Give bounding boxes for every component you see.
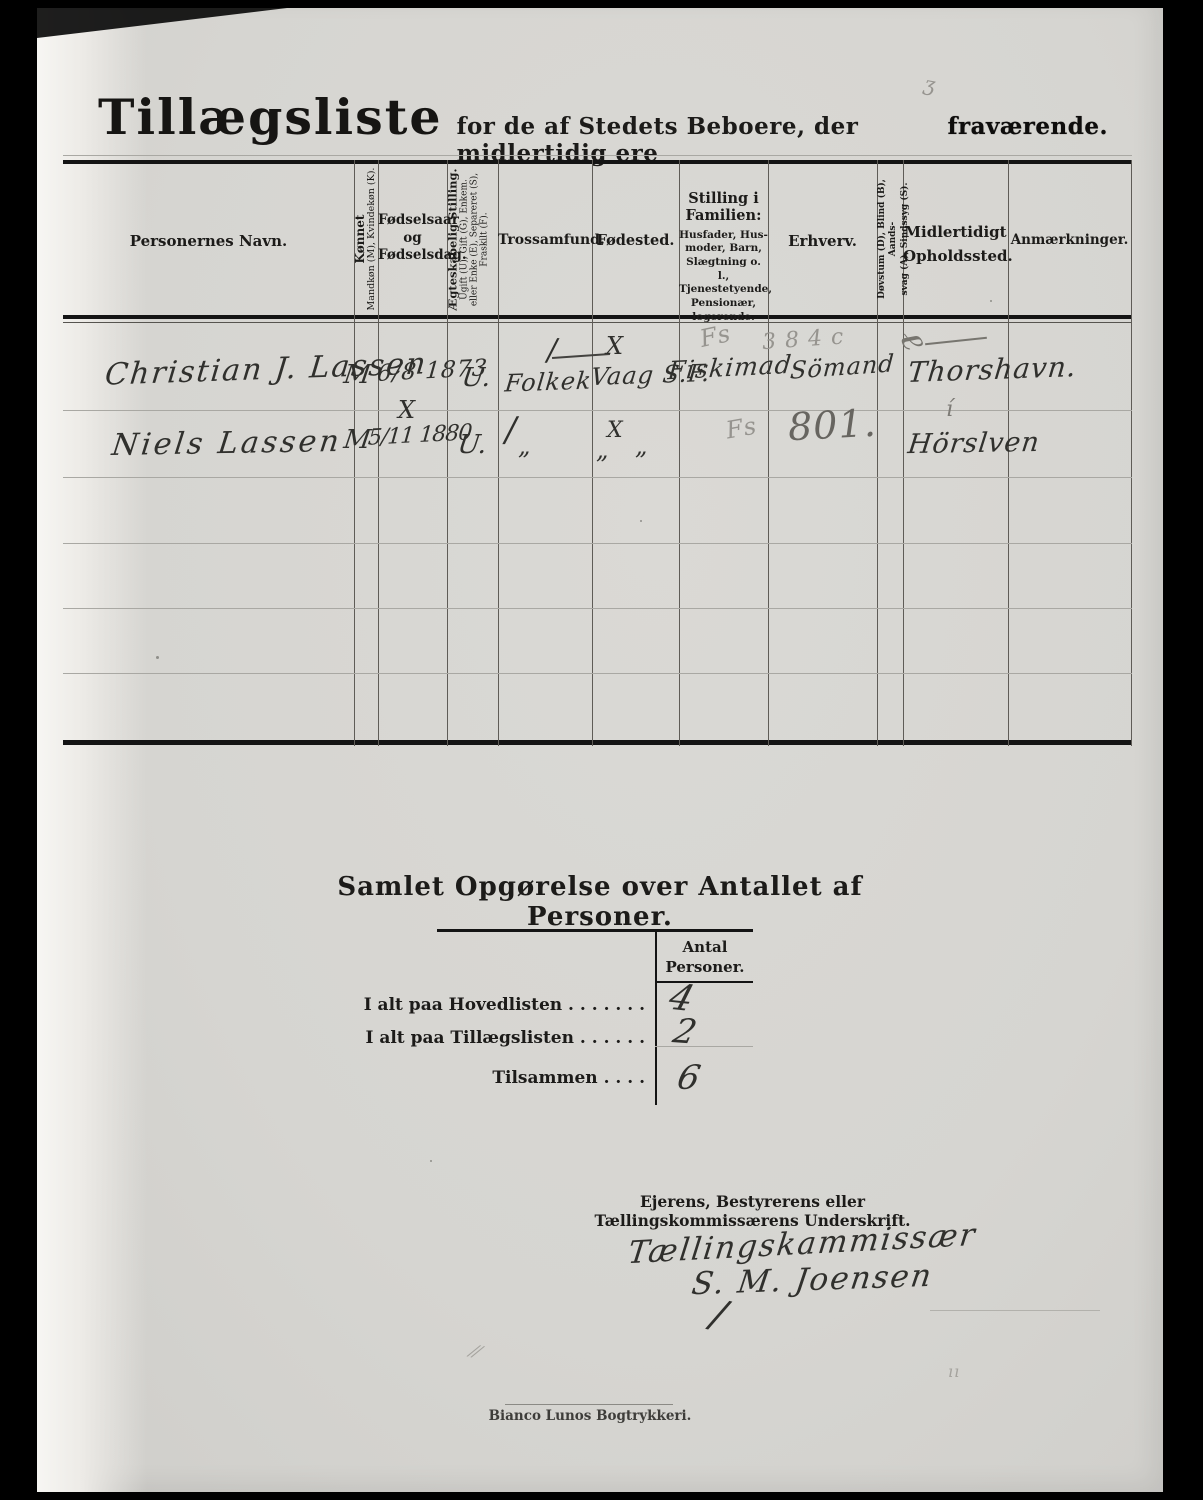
row2-pencil-family-code: Fs	[724, 412, 759, 445]
summary-header-rule	[655, 981, 753, 983]
summary-label-hovedlisten: I alt paa Hovedlisten . . . . . . .	[345, 995, 645, 1015]
column-header-birth-line: og	[378, 230, 447, 248]
column-header-family-line: Stilling i	[679, 190, 768, 207]
column-header-family-subline: Tjenestetyende,	[679, 283, 768, 297]
printer-imprint: Bianco Lunos Bogtrykkeri.	[455, 1408, 725, 1424]
signature-underline	[930, 1310, 1100, 1311]
column-header-family: Stilling i Familien: Husfader, Hus- mode…	[679, 190, 768, 324]
column-header-birthplace: Fødested.	[592, 232, 679, 249]
row2-birth-mark: X	[398, 396, 416, 424]
table-bottom-rule	[63, 740, 1132, 745]
census-form-scan: { "page": { "title": "Tillægsliste", "su…	[0, 0, 1203, 1500]
row-divider	[63, 477, 1132, 478]
column-header-family-subline: Slægtning o. l.,	[679, 256, 768, 283]
row-divider	[63, 673, 1132, 674]
printed-content: Tillægsliste for de af Stedets Beboere, …	[0, 0, 1203, 1500]
row-divider	[63, 410, 1132, 411]
row1-residence: Thorshavn.	[906, 350, 1078, 389]
summary-heading: Samlet Opgørelse over Antallet af Person…	[300, 872, 900, 932]
column-header-disability-line: svag (A), Sindssyg (S).	[900, 164, 911, 314]
column-header-marital-subline: Ugift (U), Gift (G), Enkem.	[459, 165, 469, 315]
summary-top-rule	[437, 929, 753, 932]
row1-creed: Folkek	[504, 366, 594, 397]
row2-birthplace-mark: X	[607, 418, 624, 443]
row2-creed-ditto: „	[518, 432, 531, 460]
column-header-family-subline: Husfader, Hus-	[679, 229, 768, 243]
form-title: Tillægsliste	[98, 88, 443, 146]
column-header-family-line: Familien:	[679, 207, 768, 224]
footer-rule	[505, 1404, 673, 1405]
column-header-sex-main: Kønnet	[354, 164, 367, 314]
column-header-disability: Døvstum (D), Blind (B), Aands- svag (A),…	[877, 164, 903, 314]
row2-birthplace-ditto2: „	[635, 432, 648, 460]
column-header-birth-line: Fødselsaar	[378, 212, 447, 230]
table-top-rule	[63, 160, 1132, 164]
column-header-residence-line: Opholdssted.	[903, 244, 1008, 268]
row1-birthplace-mark: X	[606, 332, 624, 360]
header-bottom-rule	[63, 315, 1132, 319]
column-header-marital: Ægteskabelig Stilling. Ugift (U), Gift (…	[447, 165, 498, 315]
column-header-disability-line: Døvstum (D), Blind (B), Aands-	[877, 164, 900, 314]
column-header-marital-main: Ægteskabelig Stilling.	[447, 165, 460, 315]
row1-sex: M	[342, 360, 374, 390]
pencil-marks-bottom-left: ⁄⁄	[470, 1341, 482, 1363]
summary-col-header-line: Antal	[657, 938, 753, 958]
column-header-family-subline: Pensionær,	[679, 297, 768, 311]
column-header-family-sub: Husfader, Hus- moder, Barn, Slægtning o.…	[679, 229, 768, 324]
form-subtitle-emphasis: fraværende.	[948, 113, 1108, 140]
summary-col-header-line: Personer.	[657, 958, 753, 978]
table-top-thin-rule	[63, 155, 1132, 156]
column-header-occupation: Erhverv.	[768, 232, 877, 250]
row2-pencil-occupation-ref: 801.	[787, 401, 878, 450]
column-header-marital-subline: Fraskilt (F).	[480, 165, 490, 315]
column-header-marital-subline: eller Enke (E), Separeret (S),	[469, 165, 479, 315]
row2-creed-ditto-slash: ∕	[505, 410, 517, 450]
form-subtitle: for de af Stedets Beboere, der midlertid…	[457, 113, 941, 167]
summary-col-header: Antal Personer.	[657, 938, 753, 977]
summary-subtotal-rule	[655, 1046, 753, 1047]
row2-pencil-residence-mark: í	[946, 397, 954, 422]
row1-creed-tally: ∕	[547, 333, 558, 368]
row-divider	[63, 543, 1132, 544]
row2-residence: Hörslven	[906, 427, 1042, 460]
header-bottom-thin-rule	[63, 322, 1132, 323]
row1-marital: U.	[460, 363, 494, 393]
summary-label-tilsammen: Tilsammen . . . .	[345, 1068, 645, 1088]
column-header-creed: Trossamfund.	[498, 232, 592, 248]
column-header-residence: Midlertidigt Opholdssted.	[903, 220, 1008, 268]
column-header-remarks: Anmærkninger.	[1008, 232, 1131, 248]
column-header-family-subline: moder, Barn,	[679, 242, 768, 256]
column-header-residence-line: Midlertidigt	[903, 220, 1008, 244]
row2-name: Niels Lassen	[110, 424, 344, 463]
table-right-edge	[1131, 160, 1132, 746]
row2-marital: U.	[456, 430, 490, 460]
pencil-marks-bottom-right: ıı	[948, 1362, 960, 1381]
column-header-birth-line: Fødselsdag.	[378, 247, 447, 265]
row-divider	[63, 608, 1132, 609]
summary-label-tillaegslisten: I alt paa Tillægslisten . . . . . .	[345, 1028, 645, 1048]
column-header-sex: Kønnet Mandkøn (M), Kvindekøn (K).	[354, 164, 378, 314]
column-header-birth: Fødselsaar og Fødselsdag.	[378, 212, 447, 265]
summary-value-tilsammen: 6	[674, 1058, 705, 1099]
column-header-sex-sub: Mandkøn (M), Kvindekøn (K).	[367, 164, 377, 314]
column-header-name: Personernes Navn.	[63, 232, 354, 250]
